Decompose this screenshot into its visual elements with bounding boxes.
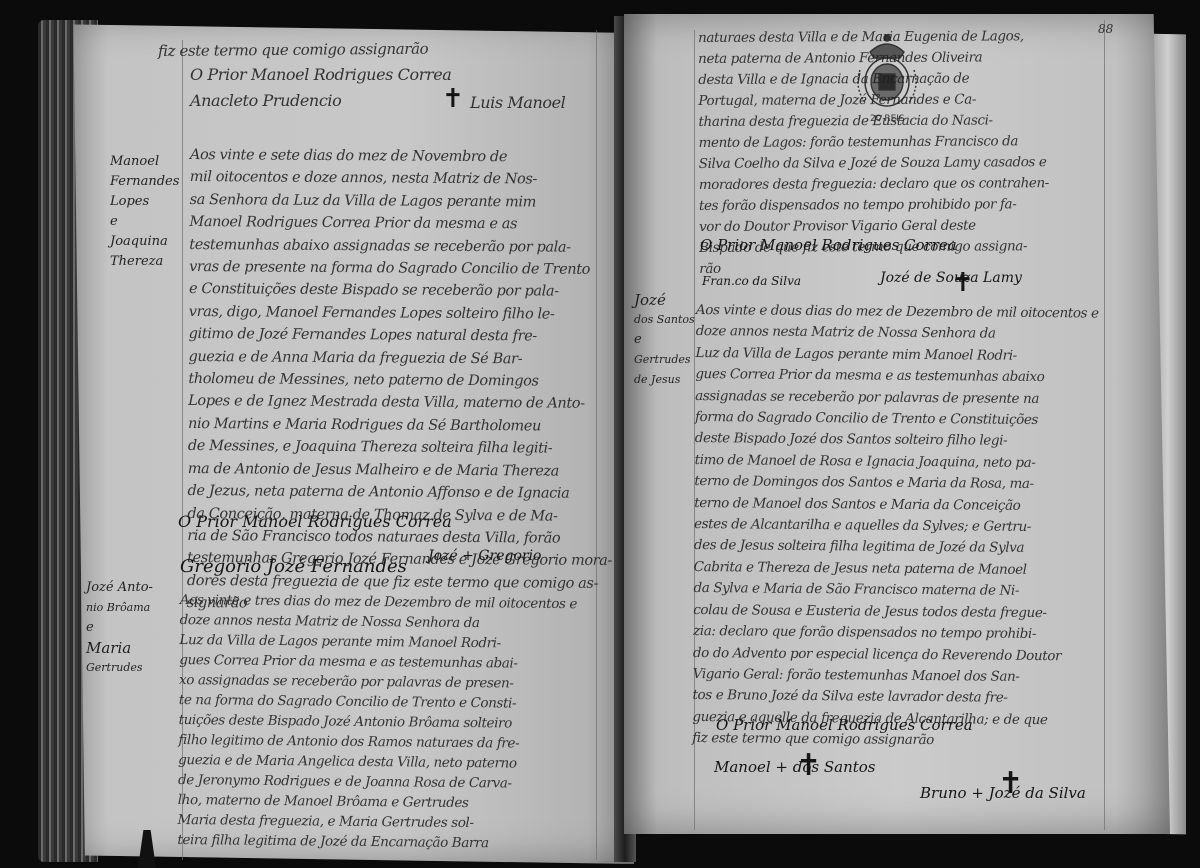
text-line: Portugal, materna de Jozé Fernandes e Ca… — [698, 89, 1048, 112]
prior-signature: O Prior Manoel Rodrigues Correa — [716, 716, 973, 734]
margin-name: Manoel — [110, 152, 179, 172]
margin-name: Jozé — [634, 290, 695, 310]
witness-signature: Bruno + Jozé da Silva — [920, 784, 1086, 802]
witness-signature: Luis Manoel — [470, 92, 565, 114]
text-line: teira filha legitima de Jozé da Encarnaç… — [177, 830, 574, 854]
text-line: e Constituições deste Bispado se receber… — [189, 278, 614, 303]
margin-name: Jozé Anto- — [86, 578, 153, 598]
text-line: ma de Antonio de Jesus Malheiro e de Mar… — [188, 458, 613, 483]
right-rule-right-page — [1104, 20, 1105, 830]
margin-name: Fernandes — [110, 172, 179, 192]
entry2-text-right: Aos vinte e dous dias do mez de Dezembro… — [692, 300, 1099, 753]
margin-name: Thereza — [110, 252, 179, 272]
entry1-text-left: Aos vinte e sete dias do mez de Novembro… — [187, 144, 615, 617]
margin-name: e — [110, 212, 179, 232]
open-register-book: fiz este termo que comigo assignarão O P… — [0, 0, 1200, 868]
text-line: tholomeu de Messines, neto paterno de Do… — [188, 368, 613, 393]
margin-name: Joaquina — [110, 232, 179, 252]
margin-name: de Jesus — [634, 370, 695, 390]
witness-signature: Fran.co da Silva — [702, 274, 801, 288]
text-line: guezia e de Anna Maria da freguezia de S… — [188, 346, 613, 371]
text-line: moradores desta freguezia: declaro que o… — [699, 173, 1049, 196]
margin-names-entry2: Jozé Anto- nio Brôama e Maria Gertrudes — [86, 578, 153, 678]
margin-names-entry1: Manoel Fernandes Lopes e Joaquina Therez… — [110, 152, 179, 272]
text-line: testemunhas abaixo assignadas se receber… — [189, 234, 614, 259]
margin-name: Lopes — [110, 192, 179, 212]
text-line: neta paterna de Antonio Fernandes Olivei… — [698, 47, 1048, 70]
margin-name: e — [86, 618, 153, 638]
prior-signature: O Prior Manoel Rodrigues Correa — [700, 236, 957, 254]
text-line: mento de Lagos: forão testemunhas Franci… — [699, 131, 1049, 154]
margin-names-entry2-right: Jozé dos Santos e Gertrudes de Jesus — [634, 290, 695, 390]
text-line: naturaes desta Villa e de Maria Eugenia … — [698, 26, 1048, 49]
text-line: vor do Doutor Provisor Vigario Geral des… — [699, 215, 1049, 238]
margin-name: e — [634, 330, 695, 350]
witness-signature: Jozé + Gregorio — [428, 548, 541, 564]
text-line: desta Villa e de Ignacia da Encarnação d… — [698, 68, 1048, 91]
text-line: nio Martins e Maria Rodrigues da Sé Bart… — [188, 413, 613, 438]
text-line: Silva Coelho da Silva e Jozé de Souza La… — [699, 152, 1049, 175]
text-line: mil oitocentos e doze annos, nesta Matri… — [190, 166, 615, 191]
text-line: tharina desta freguezia de Eustacia do N… — [698, 110, 1048, 133]
folio-number: 88 — [1098, 22, 1113, 36]
text-line: sa Senhora da Luz da Villa de Lagos pera… — [190, 189, 615, 214]
text-line: Lopes e de Ignez Mestrada desta Villa, m… — [188, 390, 613, 415]
witness-signature: Gregorio Jozé Fernandes — [180, 556, 407, 577]
margin-name: dos Santos — [634, 310, 695, 330]
witness-signature: Anacleto Prudencio — [190, 90, 341, 112]
text-line: vras de presente na forma do Sagrado Con… — [189, 256, 614, 281]
text-line: Aos vinte e sete dias do mez de Novembro… — [190, 144, 615, 169]
closing-line: fiz este termo que comigo assignarão — [158, 38, 428, 63]
margin-name: Maria — [86, 638, 153, 658]
witness-signature: Jozé de Souza Lamy — [880, 270, 1022, 286]
text-line: de Messines, e Joaquina Thereza solteira… — [188, 435, 613, 460]
margin-name: nio Brôama — [86, 598, 153, 618]
prior-signature: O Prior Manoel Rodrigues Correa — [178, 512, 452, 531]
text-line: gitimo de Jozé Fernandes Lopes natural d… — [189, 323, 614, 348]
prior-signature: O Prior Manoel Rodrigues Correa — [190, 64, 451, 86]
margin-name: Gertrudes — [86, 658, 153, 678]
text-line: de Jezus, neta paterna de Antonio Affons… — [187, 480, 612, 505]
margin-name: Gertrudes — [634, 350, 695, 370]
text-line: Manoel Rodrigues Correa Prior da mesma e… — [189, 211, 614, 236]
text-line: tes forão dispensados no tempo prohibido… — [699, 194, 1049, 217]
entry2-text-left: Aos vinte e tres dias do mez de Dezembro… — [177, 590, 577, 854]
witness-signature: Manoel + dos Santos — [714, 758, 876, 776]
text-line: vras, digo, Manoel Fernandes Lopes solte… — [189, 301, 614, 326]
cross-mark-icon: ✝ — [442, 84, 464, 114]
